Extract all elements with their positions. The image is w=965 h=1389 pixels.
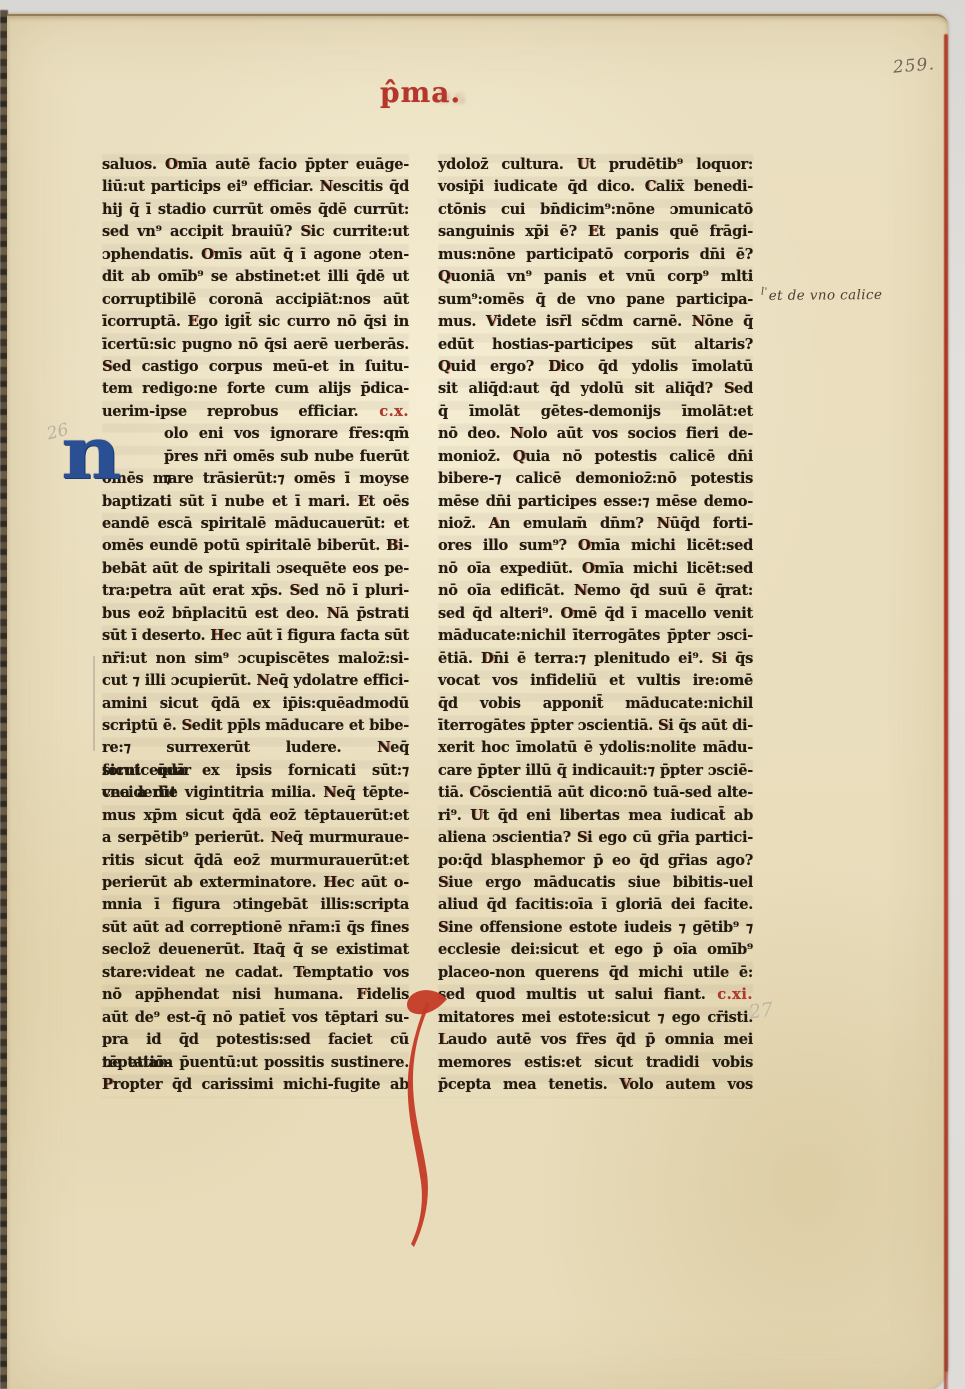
text-line: xerit hoc īmolatū ē ydolis:nolite mādu- [438, 737, 753, 759]
text-line: ri⁹. Ut q̄d eni libertas mea iudicat̄ ab [438, 805, 753, 827]
text-line: nō oīa expediūt. Omīa michi licēt:sed [438, 558, 753, 580]
text-line: īcertū:sic pugno nō q̄si aerē uerberās. [102, 334, 409, 356]
text-line: tem redigo:ne forte cum alijs p̄dica- [102, 378, 409, 400]
text-line: po:q̄d blasphemor p̄ eo q̄d gr̄ias ago? [438, 850, 753, 872]
text-line: corruptibilē coronā accipiāt:nos aūt [102, 289, 409, 311]
folio-number: 259. [892, 54, 935, 78]
text-line: bebāt aūt de spiritali ɔsequēte eos pe- [102, 558, 409, 580]
text-line: Laudo autē vos fr̄es q̄d p̄ omnia mei [438, 1029, 753, 1051]
text-line: mus. Videte isr̄l sc̄dm carnē. Nōne q̄ [438, 311, 753, 333]
text-line: aliena ɔscientia? Si ego cū gr̄ia partic… [438, 827, 753, 849]
text-line: secloz̄ deuenerūt. Itaq̄ q̄ se existimat [102, 939, 409, 961]
text-line: hij q̄ ī stadio currūt omēs q̄dē currūt: [102, 199, 409, 221]
text-line: Sed castigo corpus meū-et in ſuitu- [102, 356, 409, 378]
text-line: sūt ī deserto. Hec aūt ī figura facta sū… [102, 625, 409, 647]
text-line: pra id q̄d potestis:sed faciet cū tēptat… [102, 1029, 409, 1051]
text-line: p̄cepta mea tenetis. Volo autem vos [438, 1074, 753, 1096]
text-line: amini sicut q̄dā ex ip̄is:quēadmodū [102, 693, 409, 715]
text-line: olo eni vos ignorare fr̄es:qm̄ [102, 423, 409, 445]
text-line: bus eoz̄ bn̄placitū est deo. Nā p̄strati [102, 603, 409, 625]
text-line: aūt de⁹ est-q̄ nō patiet̄ vos tēptari su… [102, 1007, 409, 1029]
text-line: q̄ īmolāt gētes-demonijs īmolāt:et [438, 401, 753, 423]
text-line: dit ab omīb⁹ se abstinet:et illi q̄dē ut [102, 266, 409, 288]
text-line: ecclesie dei:sicut et ego p̄ oīa omīb⁹ [438, 939, 753, 961]
text-line: sed q̄d alteri⁹. Omē q̄d ī macello venit [438, 603, 753, 625]
text-line: vocat vos infideliū et vultis ire:omē [438, 670, 753, 692]
text-line: cut ⁊ illi ɔcupierūt. Neq̄ ydolatre effi… [102, 670, 409, 692]
text-line: ētiā. Dn̄i ē terra:⁊ plenitudo ei⁹. Si q… [438, 648, 753, 670]
text-line: monioz̄. Quia nō potestis calicē dn̄i [438, 446, 753, 468]
blue-lombard-initial-n: n [61, 420, 121, 486]
text-line: mus:nōne participatō corporis dn̄i ē? [438, 244, 753, 266]
text-line: sit aliq̄d:aut q̄d ydolū sit aliq̄d? Sed [438, 378, 753, 400]
text-line: sum⁹:omēs q̄ de vno pane participa- [438, 289, 753, 311]
chapter-number-rubric: c.xi. [706, 986, 753, 1003]
text-line: aliud q̄d facitis:oīa ī gloriā dei facit… [438, 894, 753, 916]
red-fore-edge-stain [944, 34, 948, 1372]
red-initial-i-flourish [397, 990, 455, 1252]
text-line: omēs eundē potū spiritalē biberūt. Bi- [102, 535, 409, 557]
text-column-right: ydoloz̄ cultura. Ut prudētib⁹ loquor:vos… [438, 154, 753, 1096]
text-line: re:⁊ surrexerūt ludere. Neq̄ fornicemur [102, 737, 409, 759]
text-line: p̄res nr̄i omēs sub nube fuerūt ⁊ [102, 446, 409, 468]
text-line: omēs mare trāsierūt:⁊ omēs ī moyse [102, 468, 409, 490]
text-line: saluos. Omīa autē facio p̄pter euāge- [102, 154, 409, 176]
text-line: nō app̄hendat nisi humana. Fidelis [102, 984, 409, 1006]
text-line: nr̄i:ut non sim⁹ ɔcupiscētes maloz̄:si- [102, 648, 409, 670]
text-line: nioz̄. An emulam̄ dn̄m? Nūq̄d forti- [438, 513, 753, 535]
text-line: stare:videat ne cadat. Temptatio vos [102, 962, 409, 984]
text-line: scriptū ē. Sedit pp̄ls māducare et bibe- [102, 715, 409, 737]
text-line: mitatores mei estote:sicut ⁊ ego cr̄isti… [438, 1007, 753, 1029]
text-line: care p̄pter illū q̄ indicauit:⁊ p̄pter ɔ… [438, 760, 753, 782]
text-line: Propter q̄d carissimi michi-fugite ab [102, 1074, 409, 1096]
text-line: ydoloz̄ cultura. Ut prudētib⁹ loquor: [438, 154, 753, 176]
margin-annotation: l'et de vno calice [761, 285, 882, 304]
text-line: uerim-ipse reprobus efficiar. c.x. [102, 401, 409, 423]
text-line: mēse dn̄i participes esse:⁊ mēse demo- [438, 491, 753, 513]
text-line: sed vn⁹ accipit brauiū? Sic currite:ut [102, 221, 409, 243]
text-line: perierūt ab exterminatore. Hec aūt o- [102, 872, 409, 894]
text-line: sicut q̄dā ex ipsis fornicati sūt:⁊ ceci… [102, 760, 409, 782]
text-line: nō oīa edificāt. Nemo q̄d suū ē q̄rat: [438, 580, 753, 602]
text-line: īcorruptā. Ego igit̄ sic curro nō q̄si i… [102, 311, 409, 333]
text-line: ctōnis cui bn̄dicim⁹:nōne ɔmunicatō [438, 199, 753, 221]
text-column-left: saluos. Omīa autē facio p̄pter euāge-liū… [102, 154, 409, 1096]
text-line: nō deo. Nolo aūt vos socios fieri de- [438, 423, 753, 445]
running-header: p̂ma. [380, 76, 461, 109]
margin-annotation-tick: l' [761, 286, 768, 297]
text-line: māducate:nichil īterrogātes p̄pter ɔsci- [438, 625, 753, 647]
text-line: edūt hostias-participes sūt altaris? [438, 334, 753, 356]
text-line: Quid ergo? Dico q̄d ydolis īmolatū [438, 356, 753, 378]
text-line: baptizati sūt ī nube et ī mari. Et oēs [102, 491, 409, 513]
text-line: sanguinis xp̄i ē? Et panis quē frāgi- [438, 221, 753, 243]
text-line: mus xp̄m sicut q̄dā eoz̄ tēptauerūt:et [102, 805, 409, 827]
text-line: sed quod multis ut salui fiant. c.xi. [438, 984, 753, 1006]
ruling-mark [93, 656, 95, 751]
text-line: Quoniā vn⁹ panis et vnū corp⁹ mlti [438, 266, 753, 288]
text-line: mnia ī figura ɔtingebāt illis:scripta [102, 894, 409, 916]
text-line: ne etiam p̄uentū:ut possitis sustinere. [102, 1052, 409, 1074]
text-line: ritis sicut q̄dā eoz̄ murmurauerūt:et [102, 850, 409, 872]
text-line: ɔphendatis. Omīs aūt q̄ ī agone ɔten- [102, 244, 409, 266]
text-line: īterrogātes p̄pter ɔscientiā. Si q̄s aūt… [438, 715, 753, 737]
text-line: sūt aūt ad correptionē nr̄am:ī q̄s fines [102, 917, 409, 939]
text-line: bibere-⁊ calicē demonioz̄:nō potestis [438, 468, 753, 490]
text-line: eandē escā spiritalē māducauerūt: et [102, 513, 409, 535]
text-line: q̄d vobis apponit̄ māducate:nichil [438, 693, 753, 715]
chapter-number-rubric: c.x. [358, 403, 409, 420]
text-line: tra:petra aūt erat xp̄s. Sed nō ī pluri- [102, 580, 409, 602]
pencil-foliation-right: 27 [748, 998, 775, 1023]
text-line: liū:ut particips ei⁹ efficiar. Nescitis … [102, 176, 409, 198]
text-line: ores illo sum⁹? Omīa michi licēt:sed [438, 535, 753, 557]
text-line: memores estis:et sicut tradidi vobis [438, 1052, 753, 1074]
text-line: a serpētib⁹ perierūt. Neq̄ murmuraue- [102, 827, 409, 849]
text-line: vosip̄i iudicate q̄d dico. Calix̄ benedi… [438, 176, 753, 198]
text-line: Siue ergo māducatis siue bibitis-uel [438, 872, 753, 894]
page-surface: 259. ad p̂ma. saluos. Omīa autē facio p̄… [7, 14, 948, 1389]
text-line: Sine offensione estote iudeis ⁊ gētib⁹ ⁊ [438, 917, 753, 939]
text-line: vna a die vigintitria milia. Neq̄ tēpte- [102, 782, 409, 804]
margin-annotation-text: et de vno calice [769, 287, 883, 304]
text-line: tiā. Cōscientiā aūt dico:nō tuā-sed alte… [438, 782, 753, 804]
text-line: placeo-non querens q̄d michi utile ē: [438, 962, 753, 984]
